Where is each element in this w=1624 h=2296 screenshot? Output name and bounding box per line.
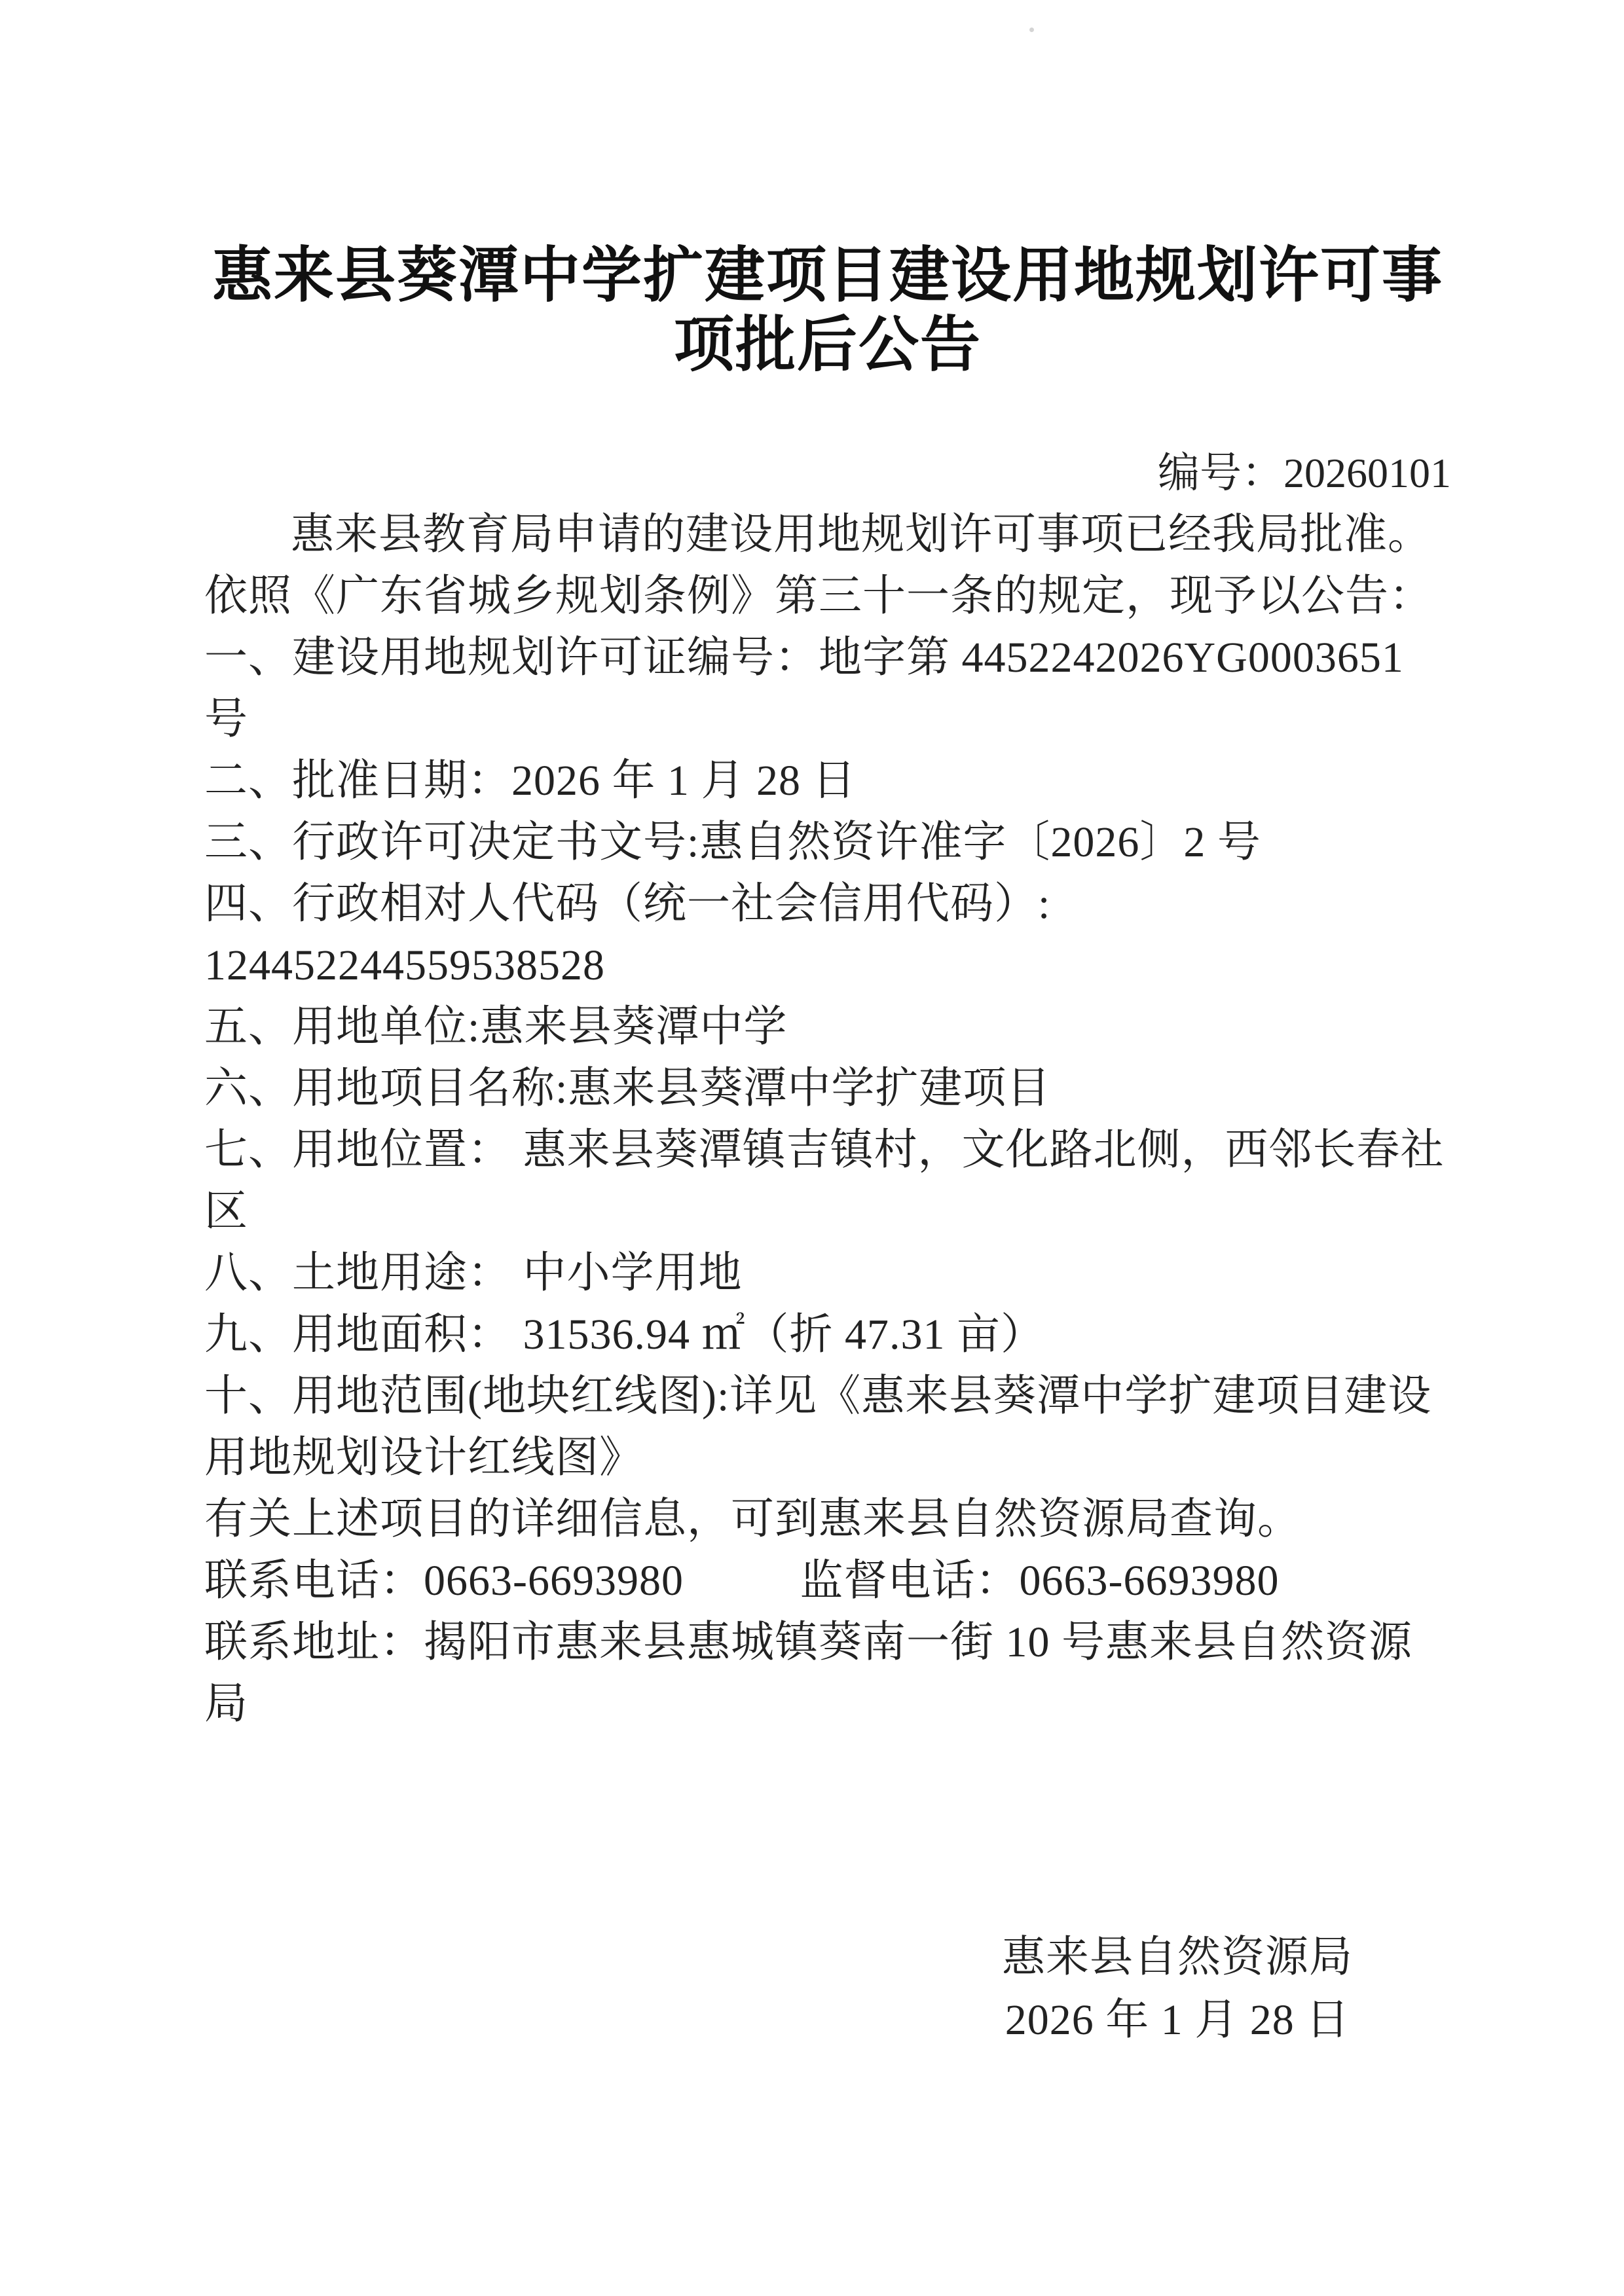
notice-content: 惠来县葵潭中学扩建项目建设用地规划许可事 项批后公告 编号：20260101 惠… [204,241,1451,2052]
list-item-9: 九、用地面积： 31536.94 ㎡（折 47.31 亩） [204,1304,1451,1366]
doc-number: 编号：20260101 [204,443,1451,504]
notice-page: 惠来县葵潭中学扩建项目建设用地规划许可事 项批后公告 编号：20260101 惠… [0,0,1624,2296]
signature-block: 惠来县自然资源局 2026 年 1 月 28 日 [1002,1926,1353,2052]
notice-title: 惠来县葵潭中学扩建项目建设用地规划许可事 项批后公告 [204,241,1451,380]
contact-phones-line: 联系电话：0663-6693980 监督电话：0663-6693980 [204,1550,1451,1612]
info-note: 有关上述项目的详细信息，可到惠来县自然资源局查询。 [204,1489,1451,1550]
supervise-phone: 监督电话：0663-6693980 [800,1550,1279,1612]
list-item-3: 三、行政许可决定书文号:惠自然资许准字〔2026〕2 号 [204,812,1451,873]
list-item-7: 七、用地位置： 惠来县葵潭镇吉镇村，文化路北侧，西邻长春社区 [204,1120,1451,1243]
intro-paragraph-2: 依照《广东省城乡规划条例》第三十一条的规定，现予以公告： [204,566,1451,627]
list-item-10: 十、用地范围(地块红线图):详见《惠来县葵潭中学扩建项目建设用地规划设计红线图》 [204,1366,1451,1489]
intro-paragraph-1: 惠来县教育局申请的建设用地规划许可事项已经我局批准。 [204,504,1451,566]
signature-date: 2026 年 1 月 28 日 [1002,1989,1353,2052]
list-item-1: 一、建设用地规划许可证编号：地字第 4452242026YG0003651 号 [204,627,1451,750]
list-item-8: 八、土地用途： 中小学用地 [204,1243,1451,1304]
scan-artifact-dot [1029,27,1034,32]
list-item-6: 六、用地项目名称:惠来县葵潭中学扩建项目 [204,1058,1451,1120]
notice-body: 惠来县教育局申请的建设用地规划许可事项已经我局批准。 依照《广东省城乡规划条例》… [204,504,1451,1735]
contact-phone: 联系电话：0663-6693980 [204,1557,684,1605]
contact-address: 联系地址：揭阳市惠来县惠城镇葵南一街 10 号惠来县自然资源局 [204,1612,1451,1735]
list-item-5: 五、用地单位:惠来县葵潭中学 [204,996,1451,1058]
list-item-4: 四、行政相对人代码（统一社会信用代码）: 124452244559538528 [204,873,1451,996]
notice-title-line-2: 项批后公告 [674,312,982,378]
signature-org: 惠来县自然资源局 [1002,1926,1353,1989]
list-item-2: 二、批准日期：2026 年 1 月 28 日 [204,750,1451,812]
notice-title-line-1: 惠来县葵潭中学扩建项目建设用地规划许可事 [212,242,1443,309]
